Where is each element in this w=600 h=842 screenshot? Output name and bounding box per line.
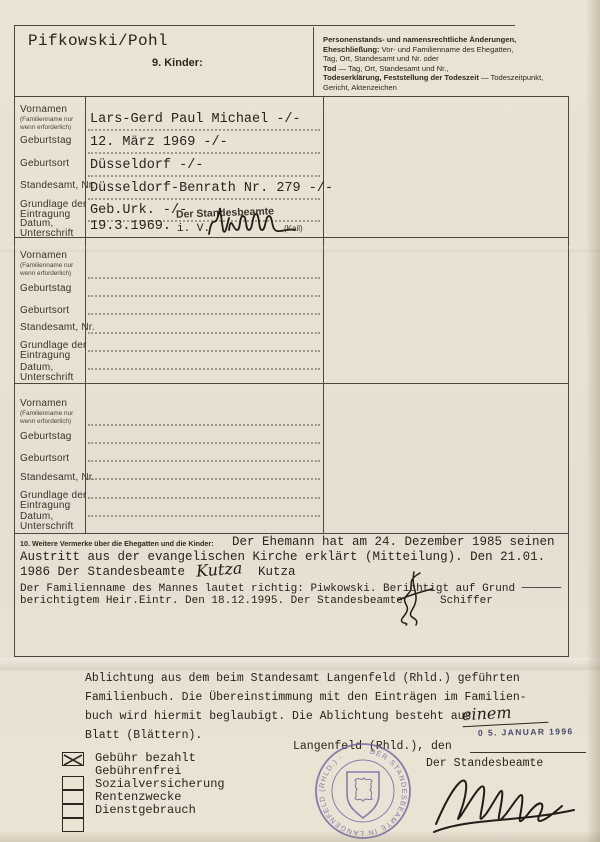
value-geburtstag: 12. März 1969 -/- bbox=[90, 135, 228, 150]
row-divider-2 bbox=[14, 383, 568, 384]
label-grundlage-2: Eintragung bbox=[20, 350, 70, 361]
note-line6: Gericht, Aktenzeichen bbox=[323, 83, 397, 92]
label-vornamen: Vornamen bbox=[20, 104, 67, 115]
label-geburtstag: Geburtstag bbox=[20, 135, 71, 146]
entry2-line1: Der Familienname des Mannes lautet richt… bbox=[20, 583, 561, 595]
checkbox-label: Dienstgebrauch bbox=[95, 803, 196, 817]
entry1-line1: Der Ehemann hat am 24. Dezember 1985 sei… bbox=[232, 535, 555, 549]
note-line4-bold: Tod bbox=[323, 64, 336, 73]
label-geburtsort: Geburtsort bbox=[20, 453, 69, 464]
note-line2-bold: Eheschließung: bbox=[323, 45, 380, 54]
cert-line1: Ablichtung aus dem beim Standesamt Lange… bbox=[85, 672, 520, 685]
cert-line4: Blatt (Blättern). bbox=[85, 729, 202, 742]
signature-schiffer bbox=[386, 570, 438, 626]
paper-fold-crease-upper bbox=[0, 246, 600, 252]
header-bottom-rule bbox=[14, 96, 568, 97]
checkbox-label: Gebühr bezahlt bbox=[95, 751, 196, 765]
cert-line3: buch wird hiermit beglaubigt. Die Ablich… bbox=[85, 710, 471, 723]
label-geburtsort: Geburtsort bbox=[20, 305, 69, 316]
entry2-line2: berichtigtem Heir.Eintr. Den 18.12.1995.… bbox=[20, 595, 403, 607]
entry1-line3: 1986 Der Standesbeamte bbox=[20, 565, 185, 579]
note-line2-rest: Vor- und Familienname des Ehegatten, bbox=[380, 45, 514, 54]
note-line3: Tag, Ort, Standesamt und Nr. oder bbox=[323, 54, 439, 63]
checkbox-label: Gebührenfrei bbox=[95, 764, 181, 778]
form-right-border bbox=[568, 96, 569, 657]
label-standesamt: Standesamt, Nr. bbox=[20, 322, 95, 333]
cert-line2: Familienbuch. Die Übereinstimmung mit de… bbox=[85, 691, 527, 704]
seal-lion-figure bbox=[355, 778, 372, 801]
label-standesamt: Standesamt, Nr. bbox=[20, 180, 95, 191]
official-seal: · DER STANDESBEAMTE IN LANGENFELD (RHLD.… bbox=[310, 740, 416, 842]
label-column-divider bbox=[85, 96, 86, 533]
header-divider bbox=[313, 27, 314, 96]
note-line5-bold: Todeserklärung, Feststellung der Todesze… bbox=[323, 73, 479, 82]
signer-name-note: (Kail) bbox=[284, 224, 303, 233]
label-vornamen-note2: wenn erforderlich) bbox=[20, 124, 71, 131]
checkbox-rentenzwecke bbox=[62, 804, 84, 818]
label-vornamen-note1: (Familienname nur bbox=[20, 262, 73, 269]
paper-fold-crease bbox=[0, 658, 600, 670]
note-line5-rest: — Todeszeitpunkt, bbox=[479, 73, 543, 82]
entry1-line2: Austritt aus der evangelischen Kirche er… bbox=[20, 550, 545, 564]
label-vornamen-note1: (Familienname nur bbox=[20, 410, 73, 417]
section-10-label: 10. Weitere Vermerke über die Ehegatten … bbox=[20, 539, 214, 548]
label-grundlage-2: Eintragung bbox=[20, 500, 70, 511]
header-legal-note: Personenstands- und namensrechtliche Änd… bbox=[323, 35, 581, 93]
value-column-divider bbox=[323, 96, 324, 533]
checkbox-x-mark-icon bbox=[63, 754, 83, 766]
handwritten-sheet-count: einem bbox=[461, 701, 548, 727]
section-9-title: 9. Kinder: bbox=[152, 57, 203, 69]
handwritten-kutza-signature: Kutza bbox=[195, 558, 243, 580]
entry1-signer-name: Kutza bbox=[258, 565, 296, 579]
value-vornamen: Lars-Gerd Paul Michael -/- bbox=[90, 112, 301, 127]
note-line1: Personenstands- und namensrechtliche Änd… bbox=[323, 35, 516, 44]
checkbox-gebuehr-bezahlt bbox=[62, 752, 84, 766]
label-vornamen-note1: (Familienname nur bbox=[20, 116, 73, 123]
value-geburtsort: Düsseldorf -/- bbox=[90, 158, 203, 173]
label-vornamen-note2: wenn erforderlich) bbox=[20, 418, 71, 425]
paper-edge-shadow-bottom bbox=[0, 830, 600, 842]
note-line4-rest: — Tag, Ort, Standesamt und Nr., bbox=[336, 64, 448, 73]
label-datum-2: Unterschrift bbox=[20, 521, 74, 532]
entry2-signer-name: Schiffer bbox=[440, 595, 493, 607]
form-bottom-border bbox=[14, 656, 568, 657]
paper-edge-shadow-right bbox=[586, 0, 600, 842]
label-geburtstag: Geburtstag bbox=[20, 431, 71, 442]
label-datum-2: Unterschrift bbox=[20, 228, 74, 239]
checkbox-sozialversicherung bbox=[62, 790, 84, 804]
seal-icon: · DER STANDESBEAMTE IN LANGENFELD (RHLD.… bbox=[310, 740, 416, 842]
value-grundlage: Geb.Urk. -/- bbox=[90, 203, 187, 218]
checkbox-label: Rentenzwecke bbox=[95, 790, 181, 804]
label-vornamen-note2: wenn erforderlich) bbox=[20, 270, 71, 277]
signature-kail bbox=[205, 200, 297, 240]
family-names: Pifkowski/Pohl bbox=[28, 32, 168, 50]
form-left-border bbox=[14, 25, 15, 657]
label-standesamt: Standesamt, Nr. bbox=[20, 472, 95, 483]
label-geburtstag: Geburtstag bbox=[20, 283, 71, 294]
label-vornamen: Vornamen bbox=[20, 398, 67, 409]
checkbox-gebuehrenfrei bbox=[62, 776, 84, 790]
checkbox-label: Sozialversicherung bbox=[95, 777, 225, 791]
header-top-rule bbox=[14, 25, 515, 26]
row-divider-3 bbox=[14, 533, 568, 534]
date-stamp: 0 5. JANUAR 1996 bbox=[478, 726, 574, 738]
signature-registrar-main bbox=[428, 764, 580, 840]
value-standesamt: Düsseldorf-Benrath Nr. 279 -/- bbox=[90, 181, 333, 196]
value-datum: 19.3.1969. bbox=[90, 219, 171, 234]
label-datum-2: Unterschrift bbox=[20, 372, 74, 383]
scanned-document-page: Pifkowski/Pohl 9. Kinder: Personenstands… bbox=[0, 0, 600, 842]
label-geburtsort: Geburtsort bbox=[20, 158, 69, 169]
date-underline bbox=[470, 752, 586, 753]
